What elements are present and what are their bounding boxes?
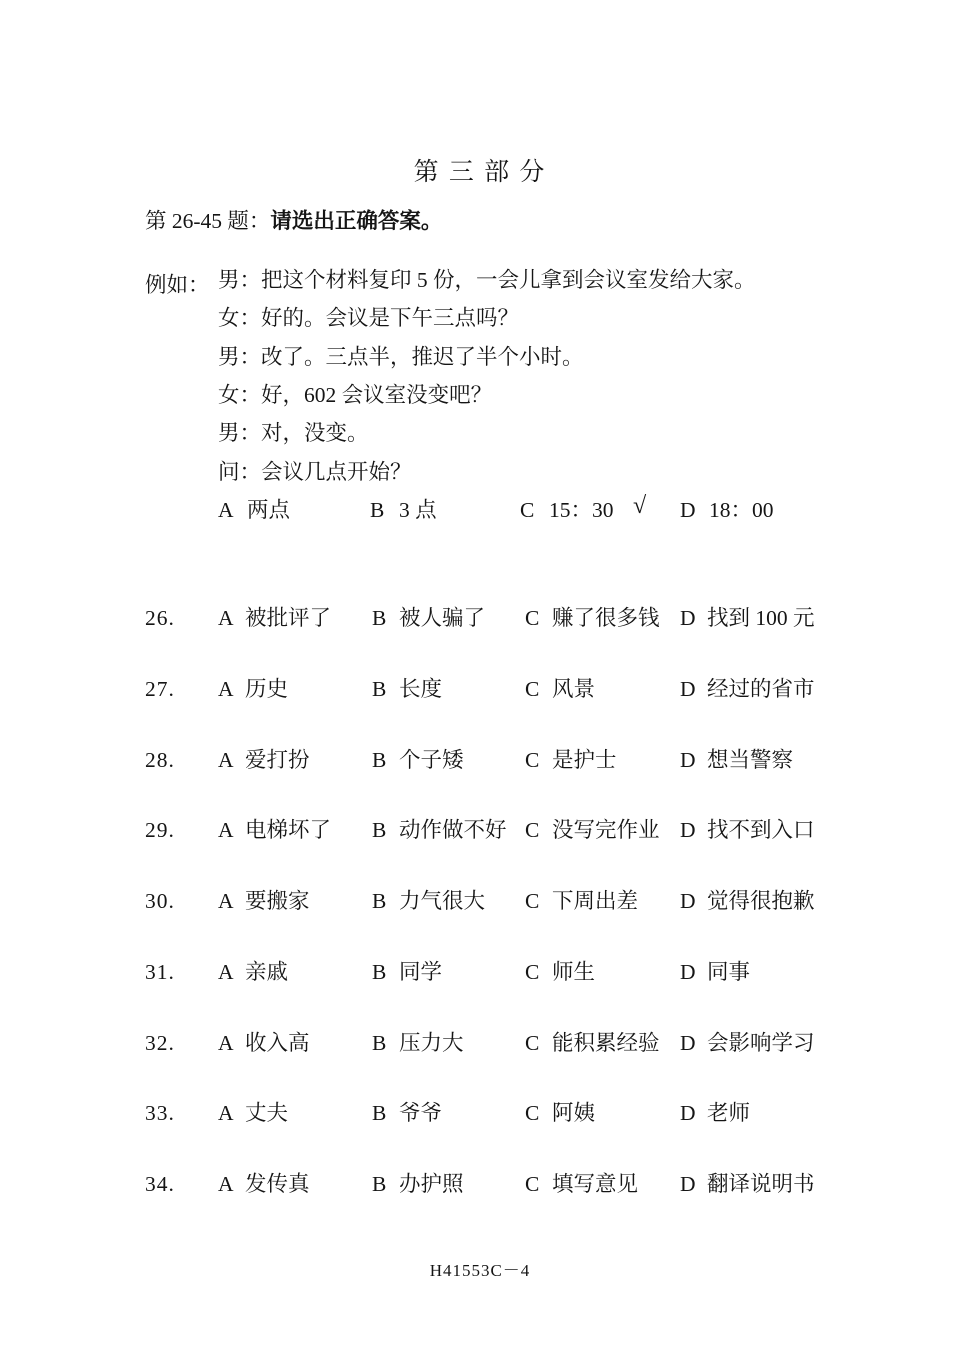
option-text: 是护士 <box>552 748 617 772</box>
option-text: 力气很大 <box>399 889 485 913</box>
option-letter: D <box>680 818 696 842</box>
option-letter: C <box>525 748 539 772</box>
option-letter: A <box>218 606 234 630</box>
option-letter: A <box>218 1172 234 1196</box>
example-dialogue-line: 男：改了。三点半，推迟了半个小时。 <box>218 345 584 369</box>
option-text: 动作做不好 <box>399 818 507 842</box>
instructions-question-range: 第 26-45 题： <box>145 209 270 233</box>
option-letter: D <box>680 748 696 772</box>
option-text: 长度 <box>399 677 442 701</box>
option-letter: C <box>525 960 539 984</box>
option-letter: C <box>525 1101 539 1125</box>
option-text: 被人骗了 <box>399 606 485 630</box>
option-text: 觉得很抱歉 <box>707 889 815 913</box>
instructions-directive: 请选出正确答案。 <box>270 209 442 233</box>
option-text: 同事 <box>707 960 750 984</box>
option-text: 收入高 <box>245 1031 310 1055</box>
option-text: 压力大 <box>399 1031 464 1055</box>
question-number: 26. <box>145 606 175 630</box>
page-title: 第 三 部 分 <box>0 152 960 188</box>
option-text: 被批评了 <box>245 606 331 630</box>
option-text: 师生 <box>552 960 595 984</box>
instructions-line: 第 26-45 题：请选出正确答案。 <box>145 204 442 235</box>
option-letter: B <box>372 889 386 913</box>
option-letter: C <box>525 818 539 842</box>
option-text: 翻译说明书 <box>707 1172 815 1196</box>
correct-answer-checkmark: √ <box>633 494 646 518</box>
example-dialogue-line: 女：好的。会议是下午三点吗？ <box>218 306 519 330</box>
example-dialogue-line: 男：把这个材料复印 5 份，一会儿拿到会议室发给大家。 <box>218 268 756 292</box>
option-letter: D <box>680 1101 696 1125</box>
option-letter: D <box>680 677 696 701</box>
option-text: 发传真 <box>245 1172 310 1196</box>
question-number: 28. <box>145 748 175 772</box>
example-option-text: 18：00 <box>709 498 774 522</box>
example-option-letter: D <box>680 498 696 522</box>
option-letter: A <box>218 1031 234 1055</box>
example-label: 例如： <box>145 268 210 299</box>
option-letter: D <box>680 606 696 630</box>
question-number: 30. <box>145 889 175 913</box>
option-letter: C <box>525 1172 539 1196</box>
option-text: 爷爷 <box>399 1101 442 1125</box>
option-letter: D <box>680 1031 696 1055</box>
option-letter: C <box>525 889 539 913</box>
option-text: 想当警察 <box>707 748 793 772</box>
option-text: 爱打扮 <box>245 748 310 772</box>
question-number: 29. <box>145 818 175 842</box>
option-letter: B <box>372 1172 386 1196</box>
option-text: 会影响学习 <box>707 1031 815 1055</box>
example-option-letter: C <box>520 498 534 522</box>
option-text: 找到 100 元 <box>707 606 815 630</box>
option-letter: B <box>372 818 386 842</box>
option-text: 填写意见 <box>552 1172 638 1196</box>
example-dialogue-line: 问：会议几点开始？ <box>218 460 412 484</box>
option-letter: A <box>218 677 234 701</box>
example-option-letter: A <box>218 498 234 522</box>
exam-page: 第 三 部 分 第 26-45 题：请选出正确答案。 例如： 男：把这个材料复印… <box>0 0 960 1358</box>
option-letter: A <box>218 748 234 772</box>
question-number: 33. <box>145 1101 175 1125</box>
option-letter: D <box>680 889 696 913</box>
option-letter: C <box>525 1031 539 1055</box>
option-text: 赚了很多钱 <box>552 606 660 630</box>
option-text: 能积累经验 <box>552 1031 660 1055</box>
option-letter: B <box>372 606 386 630</box>
option-letter: A <box>218 960 234 984</box>
option-text: 老师 <box>707 1101 750 1125</box>
option-text: 经过的省市 <box>707 677 815 701</box>
question-number: 32. <box>145 1031 175 1055</box>
option-text: 个子矮 <box>399 748 464 772</box>
example-option-text: 15：30 <box>549 498 614 522</box>
option-text: 下周出差 <box>552 889 638 913</box>
option-text: 同学 <box>399 960 442 984</box>
option-letter: B <box>372 748 386 772</box>
example-option-letter: B <box>370 498 384 522</box>
example-dialogue-line: 男：对，没变。 <box>218 421 369 445</box>
question-number: 31. <box>145 960 175 984</box>
question-number: 27. <box>145 677 175 701</box>
option-text: 风景 <box>552 677 595 701</box>
option-text: 电梯坏了 <box>245 818 331 842</box>
option-letter: B <box>372 960 386 984</box>
option-text: 亲戚 <box>245 960 288 984</box>
example-option-text: 两点 <box>247 498 290 522</box>
example-dialogue-line: 女：好，602 会议室没变吧？ <box>218 383 492 407</box>
option-letter: A <box>218 818 234 842</box>
question-number: 34. <box>145 1172 175 1196</box>
option-text: 办护照 <box>399 1172 464 1196</box>
option-text: 历史 <box>245 677 288 701</box>
option-text: 阿姨 <box>552 1101 595 1125</box>
option-letter: C <box>525 677 539 701</box>
example-option-text: 3 点 <box>399 498 437 522</box>
option-letter: A <box>218 1101 234 1125</box>
option-text: 丈夫 <box>245 1101 288 1125</box>
option-letter: B <box>372 677 386 701</box>
option-letter: D <box>680 1172 696 1196</box>
option-text: 没写完作业 <box>552 818 660 842</box>
option-letter: A <box>218 889 234 913</box>
option-letter: C <box>525 606 539 630</box>
option-letter: B <box>372 1101 386 1125</box>
option-letter: D <box>680 960 696 984</box>
option-text: 找不到入口 <box>707 818 815 842</box>
option-letter: B <box>372 1031 386 1055</box>
option-text: 要搬家 <box>245 889 310 913</box>
page-footer: H41553C－4 <box>0 1256 960 1281</box>
